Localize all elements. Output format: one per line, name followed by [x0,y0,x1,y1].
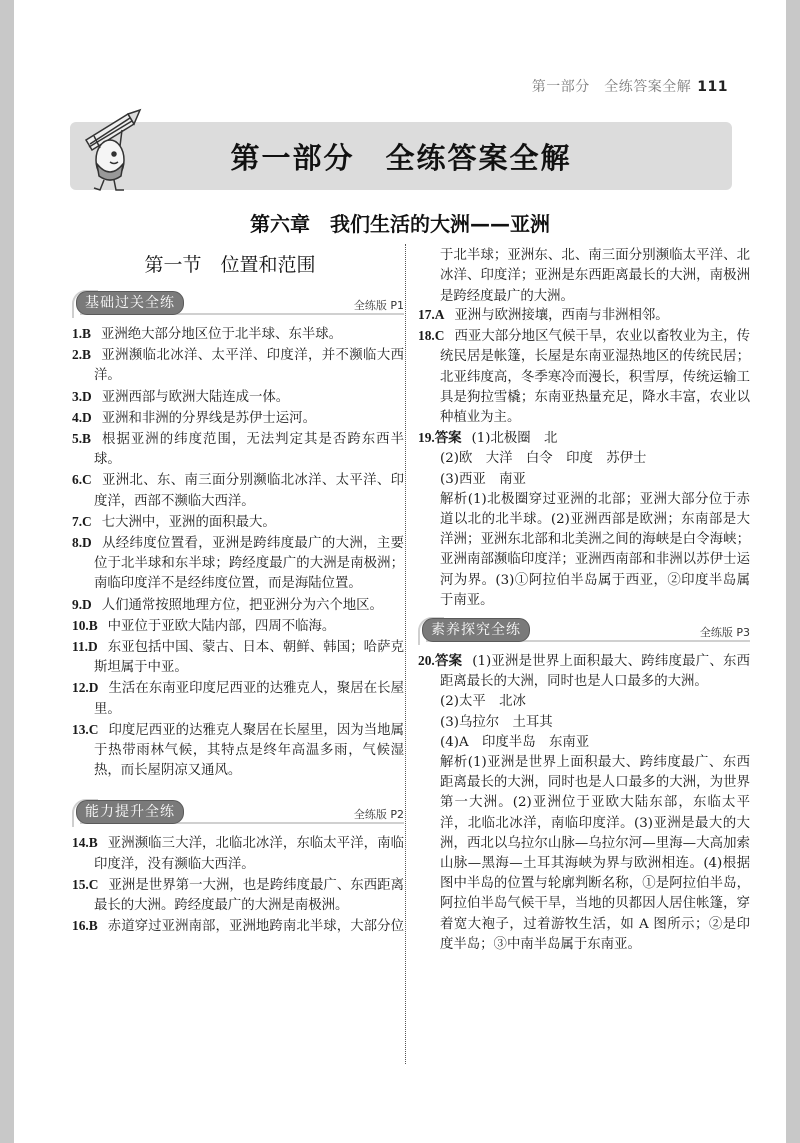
answer-item: 15.C亚洲是世界第一大洲，也是跨纬度最广、东西距离最长的大洲。跨经度最广的大洲… [72,875,404,916]
answer-item: 6.C亚洲北、东、南三面分别濒临北冰洋、太平洋、印度洋，西部不濒临大西洋。 [72,470,404,511]
page: 第一部分 全练答案全解111 第一部分 全练答案全解 第六章 我们生活的大洲——… [14,0,786,1143]
question-19: 19.答案(1)北极圈 北 [418,428,750,449]
answer-item: 18.C西亚大部分地区气候干旱，农业以畜牧业为主，传统民居是帐篷，长屋是东南亚湿… [418,326,750,428]
answer-item: 16.B赤道穿过亚洲南部，亚洲地跨南北半球，大部分位于北半球；亚洲东、北、南三面… [72,916,404,936]
page-ref: 全练版 P1 [354,296,404,316]
answer-line: (3)西亚 南亚 [418,470,750,490]
part-title: 第一部分 全练答案全解 [70,136,732,177]
section-label: 素养探究全练 [422,618,530,642]
answer-line: (2)太平 北冰 [418,692,750,712]
pencil-mascot-icon [80,100,150,192]
analysis: 解析(1)北极圈穿过亚洲的北部；亚洲大部分位于赤道以北的北半球。(2)亚洲西部是… [418,490,750,611]
answer-item: 11.D东亚包括中国、蒙古、日本、朝鲜、韩国；哈萨克斯坦属于中亚。 [72,637,404,678]
answer-item: 14.B亚洲濒临三大洋，北临北冰洋，东临太平洋，南临印度洋，没有濒临大西洋。 [72,833,404,874]
chapter-title: 第六章 我们生活的大洲——亚洲 [14,208,786,237]
answer-item: 13.C印度尼西亚的达雅克人聚居在长屋里，因为当地属于热带雨林气候，其特点是终年… [72,720,404,782]
section-label: 基础过关全练 [76,291,184,315]
answer-item: 5.B根据亚洲的纬度范围，无法判定其是否跨东西半球。 [72,429,404,470]
page-ref: 全练版 P3 [700,623,750,643]
answer-line: (4)A 印度半岛 东南亚 [418,733,750,753]
section-bar-inquiry: 素养探究全练 全练版 P3 [418,617,750,645]
answer-item: 10.B中亚位于亚欧大陆内部，四周不临海。 [72,616,404,637]
answer-item: 8.D从经纬度位置看，亚洲是跨纬度最广的大洲，主要位于北半球和东半球；跨经度最广… [72,533,404,595]
section-title: 第一节 位置和范围 [100,250,360,277]
question-20: 20.答案(1)亚洲是世界上面积最大、跨纬度最广、东西距离最长的大洲，同时也是人… [418,651,750,692]
running-head: 第一部分 全练答案全解111 [532,76,728,96]
answer-item: 17.A亚洲与欧洲接壤，西南与非洲相邻。 [418,305,750,326]
section-label: 能力提升全练 [76,800,184,824]
answer-item-continued: 16.B赤道穿过亚洲南部，亚洲地跨南北半球，大部分位于北半球；亚洲东、北、南三面… [418,245,750,305]
section-bar-ability: 能力提升全练 全练版 P2 [72,799,404,827]
analysis-tag: 解析 [440,492,468,507]
running-title: 第一部分 全练答案全解 [532,79,692,95]
page-number: 111 [697,79,728,95]
answer-line: (2)欧 大洋 白令 印度 苏伊士 [418,449,750,469]
right-column: 16.B赤道穿过亚洲南部，亚洲地跨南北半球，大部分位于北半球；亚洲东、北、南三面… [418,245,750,955]
answer-item: 4.D亚洲和非洲的分界线是苏伊士运河。 [72,408,404,429]
answer-item: 1.B亚洲绝大部分地区位于北半球、东半球。 [72,324,404,345]
answer-item: 12.D生活在东南亚印度尼西亚的达雅克人，聚居在长屋里。 [72,678,404,719]
answer-item: 3.D亚洲西部与欧洲大陆连成一体。 [72,387,404,408]
analysis-tag: 解析 [440,755,468,770]
column-divider [405,244,406,1064]
answer-item: 9.D人们通常按照地理方位，把亚洲分为六个地区。 [72,595,404,616]
answer-item: 2.B亚洲濒临北冰洋、太平洋、印度洋，并不濒临大西洋。 [72,345,404,386]
part-banner: 第一部分 全练答案全解 [70,122,732,190]
answer-tag: 答案 [435,654,462,669]
answer-tag: 答案 [435,431,462,446]
answer-item: 7.C七大洲中，亚洲的面积最大。 [72,512,404,533]
page-ref: 全练版 P2 [354,805,404,825]
answer-line: (3)乌拉尔 土耳其 [418,713,750,733]
analysis: 解析(1)亚洲是世界上面积最大、跨纬度最广、东西距离最长的大洲，同时也是人口最多… [418,753,750,955]
left-column: 基础过关全练 全练版 P1 1.B亚洲绝大部分地区位于北半球、东半球。 2.B亚… [72,290,404,936]
section-bar-basic: 基础过关全练 全练版 P1 [72,290,404,318]
